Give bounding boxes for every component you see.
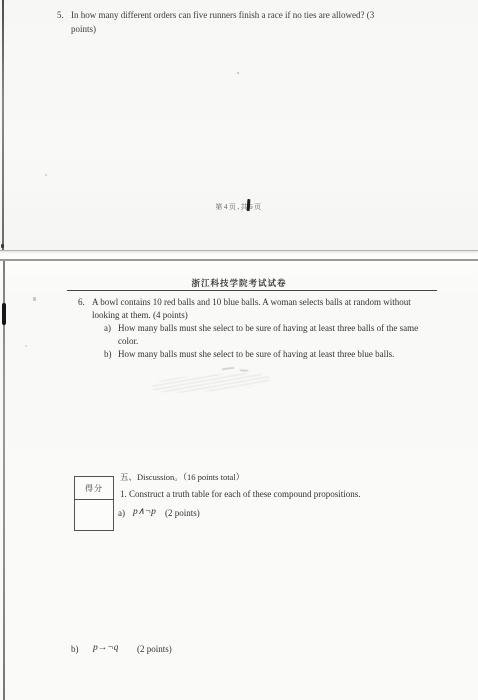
- page-number-footer: 第4页,共6页: [0, 202, 478, 212]
- ink-blob-mark: [2, 303, 6, 325]
- question6-part-a-label: a): [104, 323, 111, 334]
- page-left-edge: [3, 261, 5, 700]
- question5-number: 5.: [57, 10, 64, 21]
- exam-page-bottom: 浙江科技学院考试试卷 6. A bowl contains 10 red bal…: [0, 259, 478, 700]
- question5-line2: points): [71, 24, 96, 35]
- discussion-part-a-points: (2 points): [165, 508, 200, 519]
- question6-line1: A bowl contains 10 red balls and 10 blue…: [92, 297, 411, 308]
- discussion-part-b-label: b): [71, 644, 79, 655]
- score-box-label-cell: 得分: [75, 477, 113, 500]
- question6-part-a-line1: How many balls must she select to be sur…: [118, 323, 418, 334]
- discussion-instruction: 1. Construct a truth table for each of t…: [120, 489, 360, 500]
- question6-part-b-label: b): [104, 349, 112, 360]
- question6-line2: looking at them. (4 points): [92, 310, 188, 321]
- discussion-part-b-expression: p→¬q: [93, 643, 118, 654]
- header-rule: [67, 290, 437, 291]
- pencil-smudge: [240, 370, 248, 372]
- exam-page-top: 5. In how many different orders can five…: [0, 0, 478, 251]
- discussion-part-a-expression: p∧¬p: [133, 507, 156, 518]
- question5-line1: In how many different orders can five ru…: [71, 10, 374, 21]
- score-box: 得分: [74, 476, 114, 531]
- question6-part-b-line1: How many balls must she select to be sur…: [118, 349, 394, 360]
- page-left-edge: [2, 0, 4, 250]
- pencil-smudge: [152, 371, 271, 395]
- scan-speck: [237, 72, 239, 74]
- question6-number: 6.: [78, 297, 85, 308]
- scan-artifact-dot: [1, 244, 4, 248]
- question6-part-a-line2: color.: [118, 336, 138, 347]
- pencil-smudge: [222, 367, 234, 370]
- scan-speck: [33, 297, 36, 301]
- scan-speck: [25, 345, 27, 347]
- scan-speck: [45, 174, 47, 176]
- discussion-part-b-points: (2 points): [137, 644, 172, 655]
- exam-header-title: 浙江科技学院考试试卷: [0, 277, 478, 289]
- discussion-part-a-label: a): [118, 508, 125, 519]
- scanned-exam-document: { "page1": { "question5": { "number": "5…: [0, 0, 478, 700]
- discussion-heading: 五、Discussion。（16 points total）: [120, 472, 244, 483]
- score-box-label: 得分: [85, 483, 103, 494]
